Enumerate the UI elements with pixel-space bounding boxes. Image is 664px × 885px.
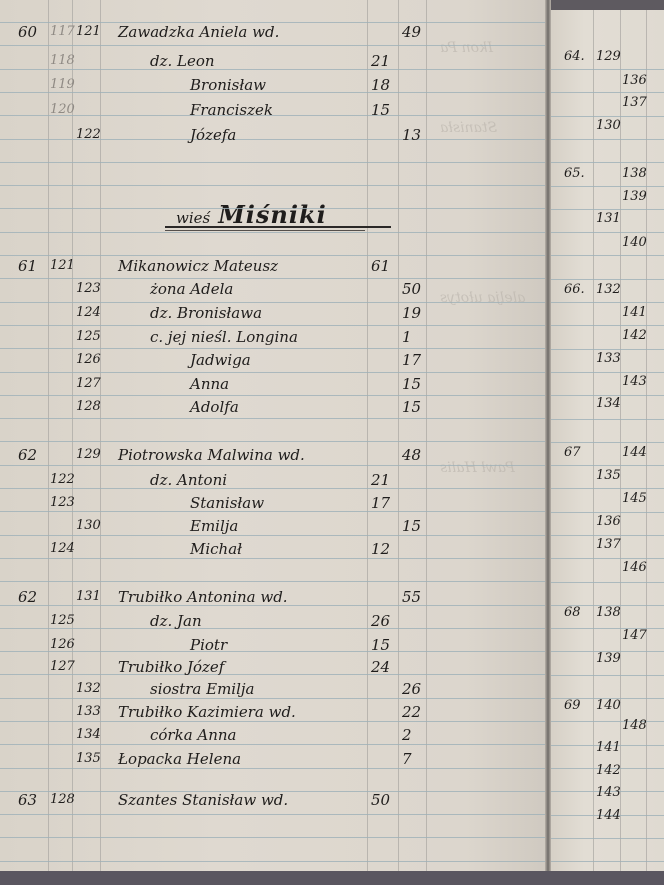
age-female: 48 <box>402 447 421 463</box>
person-number-male: 132 <box>596 282 621 298</box>
ruled-line <box>0 511 548 512</box>
household-number: 63 <box>18 792 37 808</box>
person-number-female: 144 <box>622 445 647 461</box>
age-male: 12 <box>371 541 390 557</box>
person-name: dz. Antoni <box>150 472 227 488</box>
person-number: 127 <box>50 659 75 675</box>
household-number: 68 <box>564 605 581 621</box>
person-number: 131 <box>76 589 101 605</box>
person-name: Franciszek <box>190 102 273 118</box>
person-name: żona Adela <box>150 281 233 297</box>
ruled-line <box>550 209 664 210</box>
person-number-male: 137 <box>596 537 621 553</box>
ruled-line <box>550 582 664 583</box>
ruled-line <box>0 558 548 559</box>
household-number: 60 <box>18 24 37 40</box>
age-female: 50 <box>402 281 421 297</box>
ruled-line <box>0 814 548 815</box>
ruled-line <box>0 302 548 303</box>
ruled-line <box>0 721 548 722</box>
person-name: córka Anna <box>150 727 237 743</box>
person-number-male: 144 <box>596 808 621 824</box>
ruled-line <box>0 45 548 46</box>
ruled-line <box>550 279 664 280</box>
heading-underline <box>165 226 391 228</box>
person-number: 123 <box>76 281 101 297</box>
person-number-female: 136 <box>622 73 647 89</box>
ruled-line <box>0 744 548 745</box>
age-female: 49 <box>402 24 421 40</box>
column-rule <box>48 0 49 872</box>
household-number: 64. <box>564 49 585 65</box>
person-number-female: 137 <box>622 95 647 111</box>
household-number: 66. <box>564 282 585 298</box>
age-male: 24 <box>371 659 390 675</box>
ruled-line <box>550 162 664 163</box>
person-name: dz. Bronisława <box>150 305 262 321</box>
ruled-line <box>0 278 548 279</box>
age-female: 1 <box>402 329 412 345</box>
column-rule <box>426 0 427 872</box>
household-number: 65. <box>564 166 585 182</box>
ruled-line <box>0 348 548 349</box>
ruled-line <box>0 861 548 862</box>
person-number-female: 146 <box>622 560 647 576</box>
person-number: 124 <box>50 541 75 557</box>
ruled-line <box>550 232 664 233</box>
person-number-female: 143 <box>622 374 647 390</box>
age-male: 15 <box>371 102 390 118</box>
person-number: 126 <box>50 637 75 653</box>
age-female: 17 <box>402 352 421 368</box>
ruled-line <box>0 115 548 116</box>
person-name: Anna <box>190 376 229 392</box>
age-female: 19 <box>402 305 421 321</box>
person-number: 119 <box>50 77 75 93</box>
ruled-line <box>550 838 664 839</box>
ruled-line <box>0 698 548 699</box>
book-spine <box>545 0 551 880</box>
ruled-line <box>0 628 548 629</box>
person-name: Piotrowska Malwina wd. <box>118 447 305 463</box>
desk-surface <box>0 871 664 885</box>
person-name: Zawadzka Aniela wd. <box>118 24 279 40</box>
ruled-line <box>0 255 548 256</box>
person-number-male: 136 <box>596 514 621 530</box>
person-name: Stanisław <box>190 495 264 511</box>
person-name: Jadwiga <box>190 352 251 368</box>
age-female: 7 <box>402 751 412 767</box>
person-number-female: 139 <box>622 189 647 205</box>
ruled-line <box>0 185 548 186</box>
ruled-line <box>550 139 664 140</box>
person-number: 117 <box>50 24 75 40</box>
ruled-line <box>550 465 664 466</box>
person-number-male: 134 <box>596 396 621 412</box>
person-number: 121 <box>50 258 75 274</box>
village-heading-prefix: wieś <box>176 209 210 227</box>
person-number: 125 <box>50 613 75 629</box>
person-number-female: 140 <box>622 235 647 251</box>
ruled-line <box>550 302 664 303</box>
person-number: 125 <box>76 329 101 345</box>
ruled-line <box>550 535 664 536</box>
ruled-line <box>0 488 548 489</box>
column-rule <box>367 0 368 872</box>
person-name: dz. Jan <box>150 613 202 629</box>
age-male: 17 <box>371 495 390 511</box>
person-name: dz. Leon <box>150 53 215 69</box>
person-number-male: 141 <box>596 740 621 756</box>
person-name: siostra Emilja <box>150 681 255 697</box>
household-number: 61 <box>18 258 37 274</box>
person-number-male: 140 <box>596 698 621 714</box>
person-number: 120 <box>50 102 75 118</box>
age-male: 21 <box>371 472 390 488</box>
person-name: Józefa <box>190 127 236 143</box>
ruled-line <box>0 92 548 93</box>
person-number-female: 148 <box>622 718 647 734</box>
person-number-male: 139 <box>596 651 621 667</box>
ruled-line <box>550 349 664 350</box>
age-female: 15 <box>402 376 421 392</box>
ruled-line <box>0 651 548 652</box>
column-rule <box>72 0 73 872</box>
age-female: 26 <box>402 681 421 697</box>
person-number: 118 <box>50 53 75 69</box>
person-number-female: 138 <box>622 166 647 182</box>
person-number: 128 <box>50 792 75 808</box>
age-female: 13 <box>402 127 421 143</box>
household-number: 67 <box>564 445 581 461</box>
person-name: Trubiłko Antonina wd. <box>118 589 288 605</box>
age-male: 15 <box>371 637 390 653</box>
person-name: c. jej nieśl. Longina <box>150 329 298 345</box>
ruled-line <box>0 69 548 70</box>
ruled-line <box>550 92 664 93</box>
ruled-line <box>0 837 548 838</box>
ruled-line <box>0 465 548 466</box>
ruled-line <box>550 675 664 676</box>
person-number-male: 142 <box>596 763 621 779</box>
person-number: 130 <box>76 518 101 534</box>
person-number-female: 141 <box>622 305 647 321</box>
person-number: 123 <box>50 495 75 511</box>
person-name: Michał <box>190 541 242 557</box>
person-number-male: 130 <box>596 118 621 134</box>
left-ledger-page: wieśMiśniki Ikon Pa Stanisła alelja ułot… <box>0 0 548 872</box>
ruled-line <box>550 325 664 326</box>
person-number: 127 <box>76 376 101 392</box>
ruled-line <box>0 208 548 209</box>
person-number-male: 143 <box>596 785 621 801</box>
person-number: 126 <box>76 352 101 368</box>
person-name: Emilja <box>190 518 238 534</box>
age-male: 50 <box>371 792 390 808</box>
person-number-male: 135 <box>596 468 621 484</box>
ruled-line <box>0 581 548 582</box>
ruled-line <box>550 69 664 70</box>
ruled-line <box>0 768 548 769</box>
ruled-line <box>0 162 548 163</box>
person-name: Mikanowicz Mateusz <box>118 258 278 274</box>
heading-underline <box>165 230 365 231</box>
person-name: Bronisław <box>190 77 266 93</box>
household-number: 62 <box>18 589 37 605</box>
person-name: Trubiłko Kazimiera wd. <box>118 704 296 720</box>
person-number-female: 142 <box>622 328 647 344</box>
age-male: 61 <box>371 258 390 274</box>
village-heading: wieśMiśniki <box>176 200 327 229</box>
ruled-line <box>550 512 664 513</box>
person-number: 121 <box>76 24 101 40</box>
column-rule <box>398 0 399 872</box>
household-number: 69 <box>564 698 581 714</box>
ruled-line <box>0 232 548 233</box>
person-number: 134 <box>76 727 101 743</box>
ruled-line <box>550 255 664 256</box>
age-male: 21 <box>371 53 390 69</box>
village-heading-name: Miśniki <box>218 200 327 229</box>
person-number-male: 131 <box>596 211 621 227</box>
person-number-female: 145 <box>622 491 647 507</box>
age-female: 55 <box>402 589 421 605</box>
ruled-line <box>0 674 548 675</box>
person-number-male: 129 <box>596 49 621 65</box>
person-number: 132 <box>76 681 101 697</box>
ruled-line <box>550 488 664 489</box>
person-number: 129 <box>76 447 101 463</box>
person-number: 128 <box>76 399 101 415</box>
age-female: 2 <box>402 727 412 743</box>
person-number: 122 <box>76 127 101 143</box>
person-number-male: 133 <box>596 351 621 367</box>
ruled-line <box>550 558 664 559</box>
person-number: 133 <box>76 704 101 720</box>
ruled-line <box>0 372 548 373</box>
ruled-line <box>550 861 664 862</box>
ruled-line <box>550 721 664 722</box>
ruled-line <box>550 116 664 117</box>
ruled-line <box>550 442 664 443</box>
person-name: Szantes Stanisław wd. <box>118 792 288 808</box>
person-number: 124 <box>76 305 101 321</box>
ruled-line <box>0 418 548 419</box>
household-number: 62 <box>18 447 37 463</box>
person-name: Adolfa <box>190 399 239 415</box>
ruled-line <box>0 535 548 536</box>
ruled-line <box>550 419 664 420</box>
ruled-line <box>550 186 664 187</box>
age-female: 22 <box>402 704 421 720</box>
age-male: 26 <box>371 613 390 629</box>
ruled-line <box>0 441 548 442</box>
person-name: Trubiłko Józef <box>118 659 224 675</box>
age-female: 15 <box>402 518 421 534</box>
age-male: 18 <box>371 77 390 93</box>
person-number: 122 <box>50 472 75 488</box>
person-name: Łopacka Helena <box>118 751 241 767</box>
age-female: 15 <box>402 399 421 415</box>
person-number-male: 138 <box>596 605 621 621</box>
ruled-line <box>0 325 548 326</box>
person-number-female: 147 <box>622 628 647 644</box>
person-name: Piotr <box>190 637 227 653</box>
person-number: 135 <box>76 751 101 767</box>
ruled-line <box>0 395 548 396</box>
right-ledger-page: 64.12913613713065.13813913114066.1321411… <box>550 10 664 875</box>
ruled-line <box>550 372 664 373</box>
